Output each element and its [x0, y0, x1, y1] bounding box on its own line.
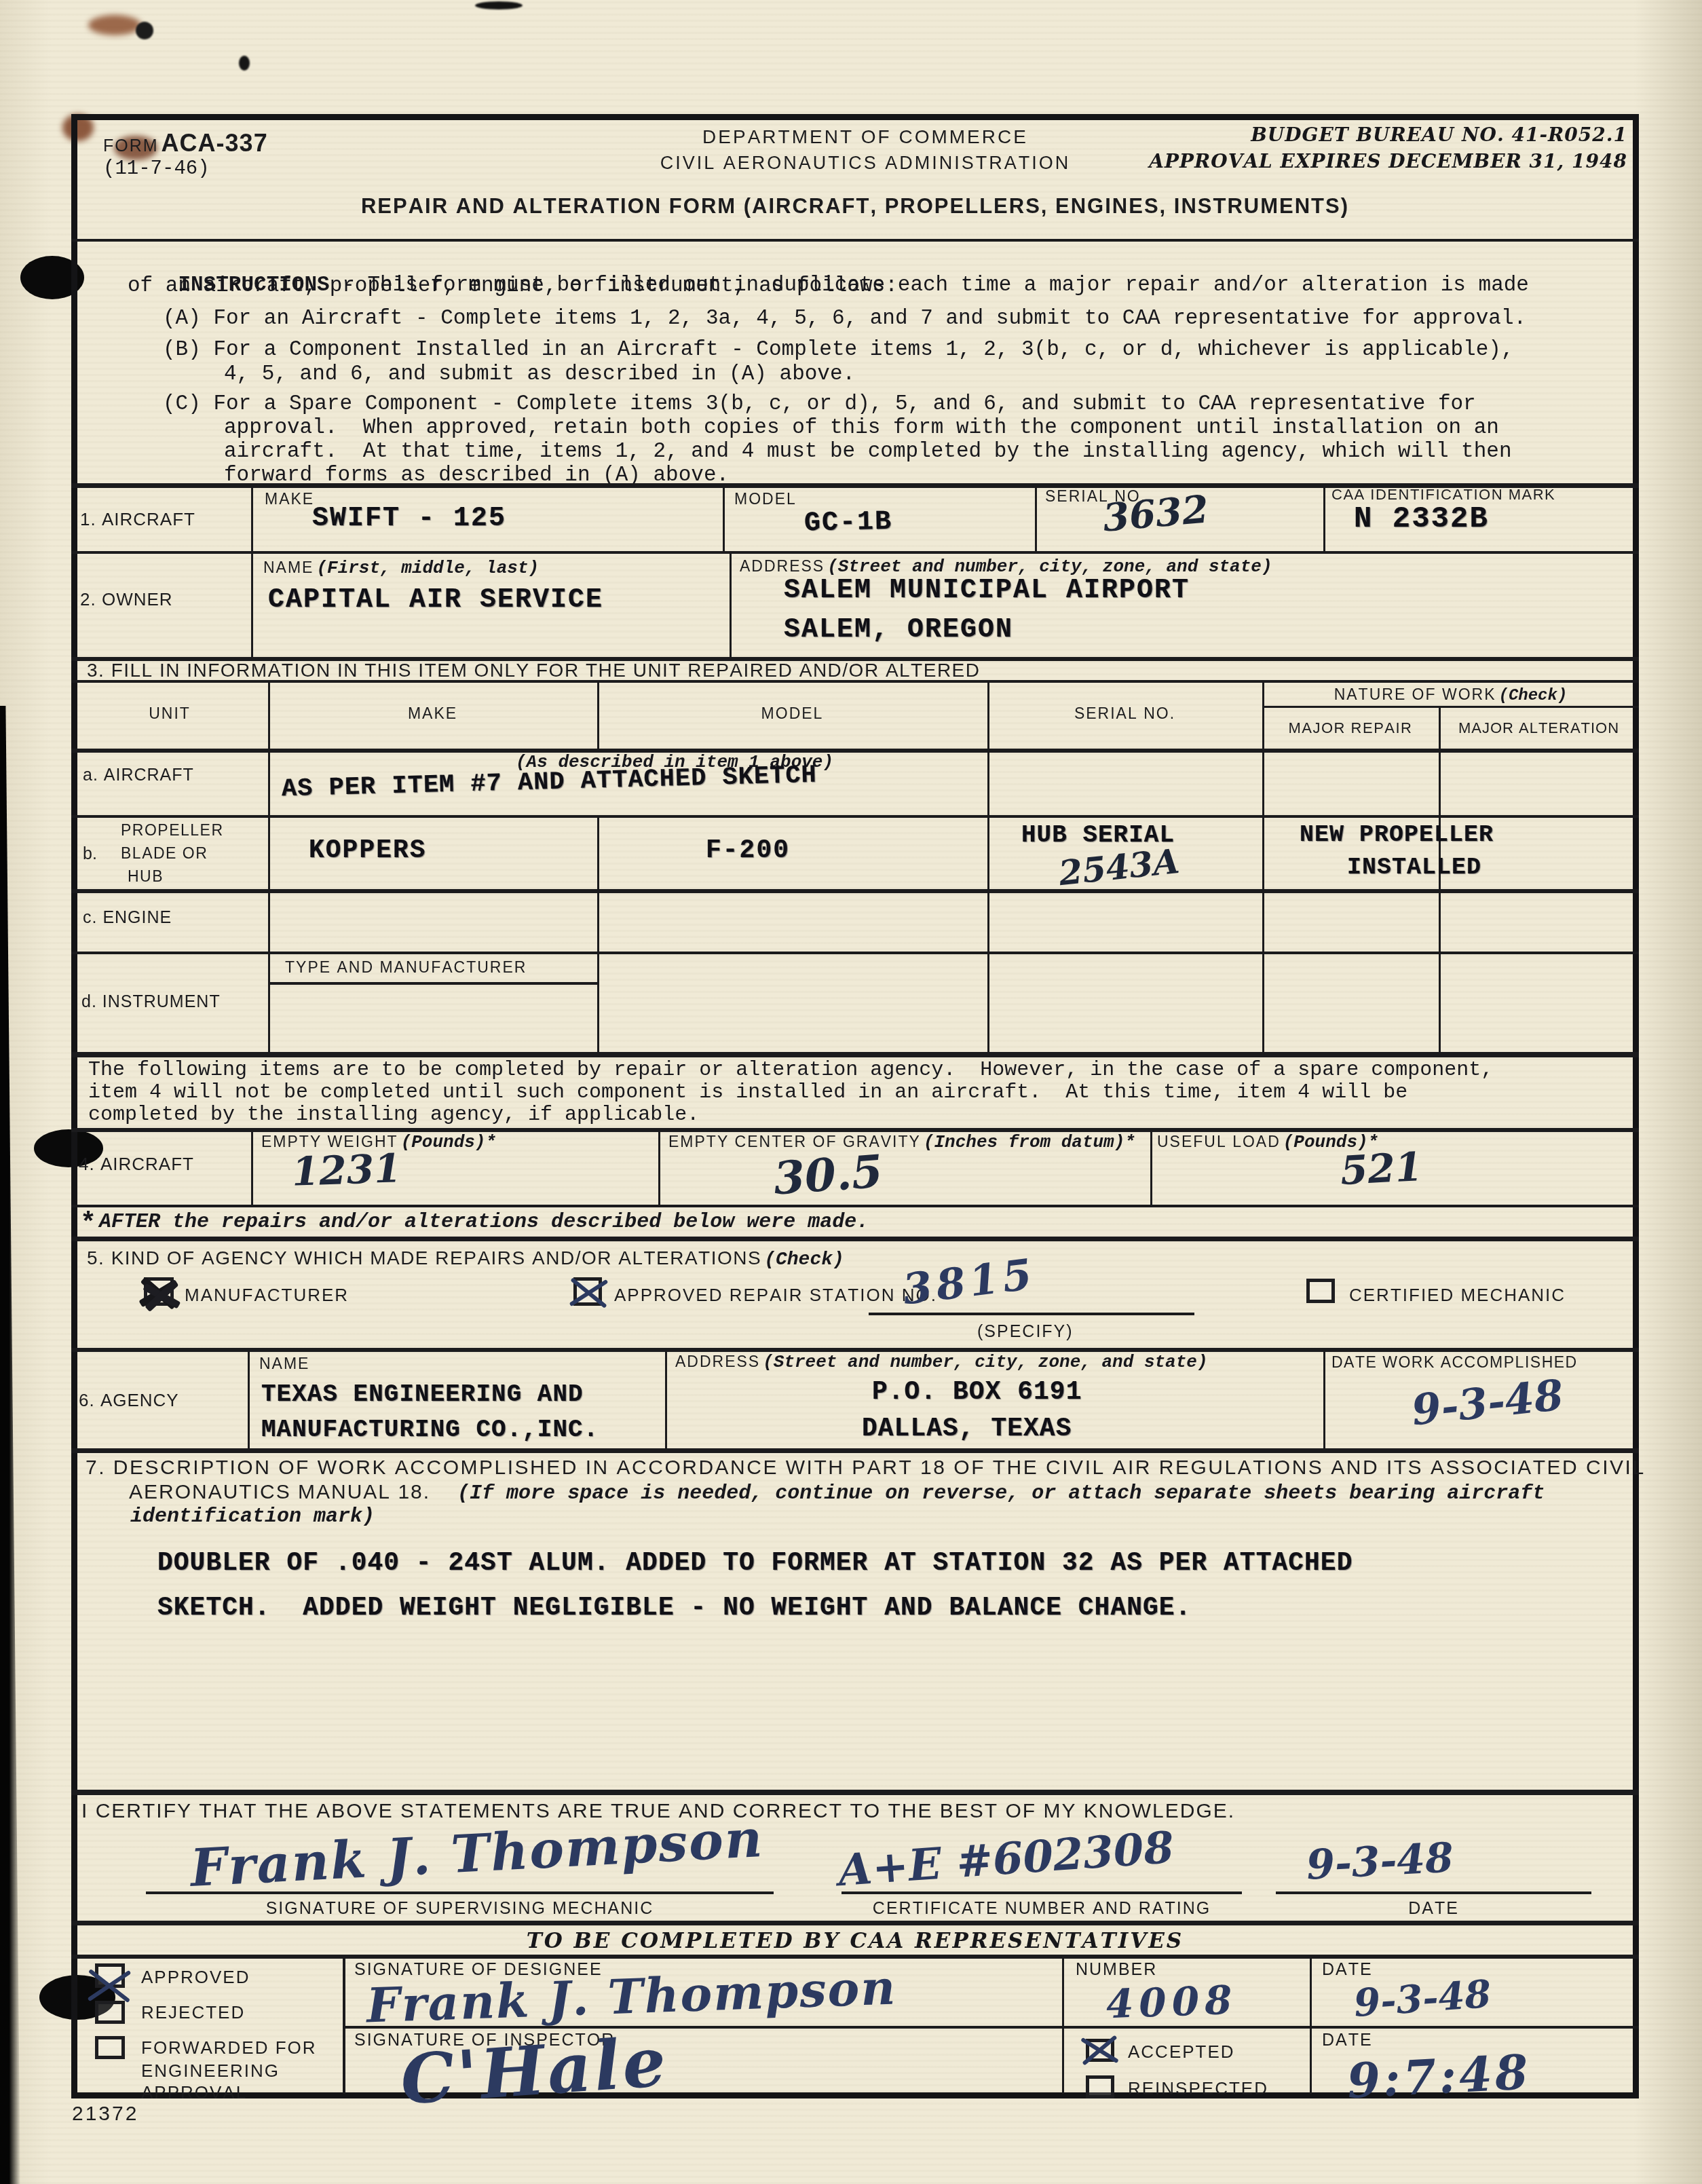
after-note-text: AFTER the repairs and/or alterations des…: [99, 1211, 869, 1234]
between-note-line1: The following items are to be completed …: [88, 1059, 1493, 1082]
col-header-major-alteration: MAJOR ALTERATION: [1439, 719, 1639, 737]
item6-address-label-text: ADDRESS: [675, 1353, 760, 1370]
item7-description-line2: SKETCH. ADDED WEIGHT NEGLIGIBLE - NO WEI…: [157, 1594, 1191, 1623]
after-note-star: *: [80, 1209, 96, 1240]
approved-label: APPROVED: [141, 1967, 250, 1988]
item6-name-line1: TEXAS ENGINEERING AND: [261, 1380, 584, 1408]
row-d-label: d. INSTRUMENT: [81, 992, 221, 1012]
item7-heading-line2-prefix: AERONAUTICS MANUAL 18.: [129, 1481, 430, 1503]
ink-speck: [475, 1, 523, 10]
item7-heading-line1: 7. DESCRIPTION OF WORK ACCOMPLISHED IN A…: [86, 1456, 1646, 1480]
form-title: REPAIR AND ALTERATION FORM (AIRCRAFT, PR…: [71, 194, 1639, 219]
budget-line1: BUDGET BUREAU NO. 41-R052.1: [1018, 124, 1627, 146]
item1-make-label: MAKE: [265, 490, 314, 508]
item2-address-label-text: ADDRESS: [740, 557, 825, 575]
accepted-checkbox: [1086, 2039, 1114, 2062]
item1-label: 1. AIRCRAFT: [80, 509, 195, 530]
col-header-nature: NATURE OF WORK (Check): [1262, 685, 1639, 705]
reinspected-checkbox: [1086, 2075, 1114, 2098]
col-header-make: MAKE: [268, 704, 597, 723]
item4-cg-hint: (Inches from datum)*: [924, 1132, 1135, 1152]
paper-stain: [88, 15, 141, 35]
item4-cg-label-text: EMPTY CENTER OF GRAVITY: [668, 1133, 921, 1150]
item2-address-hint: (Street and number, city, zone, and stat…: [827, 557, 1272, 577]
col-header-serial: SERIAL NO.: [987, 704, 1262, 723]
instruction-a: (A) For an Aircraft - Complete items 1, …: [163, 307, 1526, 331]
repair-station-label: APPROVED REPAIR STATION NO.: [614, 1285, 937, 1306]
item6-label: 6. AGENCY: [79, 1390, 179, 1411]
item7-heading-line3: identification mark): [130, 1505, 375, 1528]
row-b-make-value: KOPPERS: [309, 836, 427, 865]
item4-ul-value: 521: [1339, 1144, 1423, 1194]
instruction-c-line1: (C) For a Spare Component - Complete ite…: [163, 392, 1476, 416]
item6-date-label: DATE WORK ACCOMPLISHED: [1331, 1353, 1578, 1372]
number-value: 4008: [1105, 1977, 1238, 2028]
date2-label: DATE: [1322, 2031, 1373, 2050]
rejected-checkbox: [95, 2001, 125, 2024]
row-b-label-line2: BLADE OR: [121, 844, 208, 863]
row-b-label-letter: b.: [83, 844, 97, 864]
item6-address-line2: DALLAS, TEXAS: [862, 1414, 1072, 1444]
item4-ew-value: 1231: [291, 1145, 402, 1195]
item7-heading-line2-hint: (If more space is needed, continue on re…: [433, 1482, 1545, 1505]
repair-station-checkbox: [573, 1277, 602, 1306]
specify-label: (SPECIFY): [977, 1322, 1074, 1342]
item6-address-hint: (Street and number, city, zone, and stat…: [763, 1352, 1207, 1372]
certificate-number-label: CERTIFICATE NUMBER AND RATING: [841, 1899, 1242, 1919]
scanned-form-page: FORM ACA-337 (11-7-46) DEPARTMENT OF COM…: [0, 0, 1702, 2184]
row-b-label-line3: HUB: [128, 867, 164, 886]
col-header-major-repair: MAJOR REPAIR: [1262, 719, 1439, 737]
item6-address-label: ADDRESS (Street and number, city, zone, …: [675, 1352, 1208, 1372]
between-note-line2: item 4 will not be completed until such …: [88, 1081, 1407, 1104]
form-number-block: FORM ACA-337: [103, 129, 268, 157]
item2-name-label-text: NAME: [263, 559, 314, 576]
instructions-intro-line2: of an aircraft, propeller, engine, or in…: [128, 274, 898, 298]
item4-ul-label-text: USEFUL LOAD: [1157, 1133, 1281, 1150]
item6-name-line2: MANUFACTURING CO.,INC.: [261, 1416, 599, 1444]
forwarded-label-line3: APPROVAL: [141, 2082, 247, 2103]
date1-value: 9-3-48: [1353, 1972, 1492, 2026]
item5-heading: 5. KIND OF AGENCY WHICH MADE REPAIRS AND…: [87, 1247, 844, 1270]
item1-make-value: SWIFT - 125: [312, 504, 506, 534]
item6-name-label: NAME: [259, 1355, 309, 1373]
col-header-unit: UNIT: [71, 704, 268, 723]
item6-address-line1: P.O. BOX 6191: [872, 1378, 1082, 1407]
row-b-nature-line2: INSTALLED: [1347, 854, 1481, 881]
certification-date-label: DATE: [1276, 1899, 1591, 1919]
after-note: * AFTER the repairs and/or alterations d…: [80, 1209, 869, 1240]
item2-address-line1: SALEM MUNICIPAL AIRPORT: [784, 576, 1190, 606]
date1-label: DATE: [1322, 1960, 1373, 1980]
certified-mechanic-label: CERTIFIED MECHANIC: [1349, 1285, 1566, 1306]
instruction-c-line3: aircraft. At that time, items 1, 2, and …: [224, 440, 1512, 464]
row-c-label: c. ENGINE: [83, 908, 172, 928]
item2-name-label: NAME (First, middle, last): [263, 558, 539, 578]
col-header-model: MODEL: [597, 704, 987, 723]
item2-label: 2. OWNER: [80, 589, 173, 610]
form-number: ACA-337: [162, 129, 268, 157]
row-d-sub-label: TYPE AND MANUFACTURER: [285, 958, 527, 977]
instruction-b-line1: (B) For a Component Installed in an Airc…: [163, 338, 1514, 362]
item5-heading-hint: (Check): [764, 1249, 844, 1270]
item4-label: 4. AIRCRAFT: [79, 1154, 194, 1175]
item1-model-label: MODEL: [734, 490, 797, 508]
certification-date-value: 9-3-48: [1305, 1834, 1454, 1889]
manufacturer-label: MANUFACTURER: [185, 1285, 349, 1306]
accepted-label: ACCEPTED: [1128, 2041, 1235, 2063]
item2-name-hint: (First, middle, last): [316, 558, 539, 578]
budget-bureau-block: BUDGET BUREAU NO. 41-R052.1 APPROVAL EXP…: [1018, 124, 1627, 172]
item4-ew-hint: (Pounds)*: [401, 1132, 496, 1152]
forwarded-label-line2: ENGINEERING: [141, 2060, 280, 2082]
page-number: 21372: [72, 2103, 138, 2126]
item7-description-line1: DOUBLER OF .040 - 24ST ALUM. ADDED TO FO…: [157, 1549, 1353, 1578]
row-b-model-value: F-200: [706, 836, 790, 865]
number-label: NUMBER: [1076, 1960, 1157, 1980]
scan-edge-shadow: [0, 706, 20, 2184]
item5-heading-text: 5. KIND OF AGENCY WHICH MADE REPAIRS AND…: [87, 1247, 761, 1268]
item2-address-label: ADDRESS (Street and number, city, zone, …: [740, 557, 1272, 577]
ink-speck: [239, 56, 250, 71]
item3-heading: 3. FILL IN INFORMATION IN THIS ITEM ONLY…: [87, 660, 981, 681]
item1-model-value: GC-1B: [804, 507, 893, 539]
item1-caa-value: N 2332B: [1354, 502, 1489, 536]
approved-checkbox: [95, 1963, 125, 1988]
budget-line2: APPROVAL EXPIRES DECEMBER 31, 1948: [1018, 150, 1627, 172]
forwarded-label-line1: FORWARDED FOR: [141, 2037, 317, 2058]
between-note-line3: completed by the installing agency, if a…: [88, 1104, 699, 1127]
nature-hint: (Check): [1499, 687, 1568, 705]
item7-heading-line2: AERONAUTICS MANUAL 18. (If more space is…: [129, 1481, 1545, 1505]
nature-label: NATURE OF WORK: [1334, 685, 1496, 703]
reinspected-label: REINSPECTED: [1128, 2078, 1268, 2099]
row-a-label: a. AIRCRAFT: [83, 766, 194, 785]
row-b-label-line1: PROPELLER: [121, 821, 224, 840]
instruction-b-line2: 4, 5, and 6, and submit as described in …: [224, 362, 855, 386]
item4-cg-value: 30.5: [772, 1144, 884, 1205]
instruction-c-line2: approval. When approved, retain both cop…: [224, 416, 1499, 440]
rejected-label: REJECTED: [141, 2002, 245, 2023]
item4-cg-label: EMPTY CENTER OF GRAVITY (Inches from dat…: [668, 1132, 1135, 1152]
item1-caa-label: CAA IDENTIFICATION MARK: [1331, 486, 1555, 504]
mechanic-signature-label: SIGNATURE OF SUPERVISING MECHANIC: [146, 1899, 774, 1919]
form-revision-date: (11-7-46): [103, 157, 210, 180]
forwarded-checkbox: [95, 2036, 125, 2059]
row-b-nature-line1: NEW PROPELLER: [1300, 821, 1494, 848]
caa-bar-title: TO BE COMPLETED BY CAA REPRESENTATIVES: [71, 1929, 1639, 1953]
item2-name-value: CAPITAL AIR SERVICE: [268, 585, 603, 616]
date2-value: 9:7:48: [1346, 2044, 1532, 2109]
form-number-prefix: FORM: [103, 136, 159, 155]
manufacturer-checkbox: [144, 1277, 174, 1306]
item2-address-line2: SALEM, OREGON: [784, 615, 1013, 645]
item1-serial-value: 3632: [1101, 487, 1210, 540]
certified-mechanic-checkbox: [1306, 1279, 1335, 1303]
ink-speck: [136, 22, 153, 39]
